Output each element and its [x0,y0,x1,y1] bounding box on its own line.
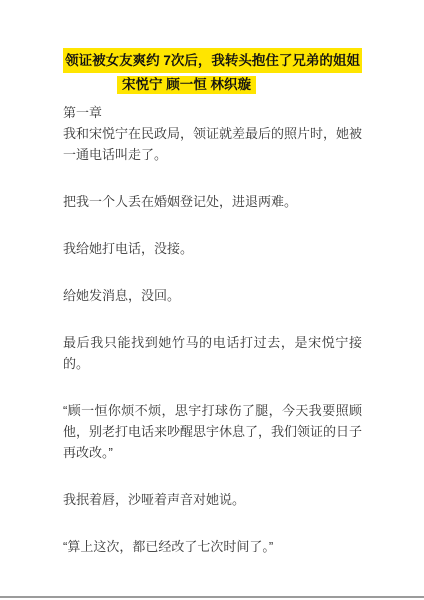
story-paragraph: “算上这次，都已经改了七次时间了。” [63,536,362,557]
story-body: 我和宋悦宁在民政局，领证就差最后的照片时，她被一通电话叫走了。 把我一个人丢在婚… [63,123,362,557]
chapter-heading: 第一章 [63,102,362,123]
story-paragraph: “顾一恒你烦不烦，思宇打球伤了腿，今天我要照顾他，别老打电话来吵醒思宇休息了，我… [63,400,362,463]
story-title-highlight: 领证被女友爽约 7次后，我转头抱住了兄弟的姐姐 [63,48,362,73]
story-paragraph: 给她发消息，没回。 [63,285,362,306]
character-names-highlight: 宋悦宁 顾一恒 林织璇 [117,76,256,94]
character-names-row: 宋悦宁 顾一恒 林织璇 [117,76,362,94]
story-paragraph: 我抿着唇，沙哑着声音对她说。 [63,489,362,510]
bottom-divider [0,596,424,598]
story-paragraph: 把我一个人丢在婚姻登记处，进退两难。 [63,191,362,212]
story-paragraph: 我和宋悦宁在民政局，领证就差最后的照片时，她被一通电话叫走了。 [63,123,362,165]
story-paragraph: 最后我只能找到她竹马的电话打过去，是宋悦宁接的。 [63,332,362,374]
novel-page: 领证被女友爽约 7次后，我转头抱住了兄弟的姐姐 宋悦宁 顾一恒 林织璇 第一章 … [0,0,424,600]
story-paragraph: 我给她打电话，没接。 [63,238,362,259]
page-content: 领证被女友爽约 7次后，我转头抱住了兄弟的姐姐 宋悦宁 顾一恒 林织璇 第一章 … [63,48,362,583]
